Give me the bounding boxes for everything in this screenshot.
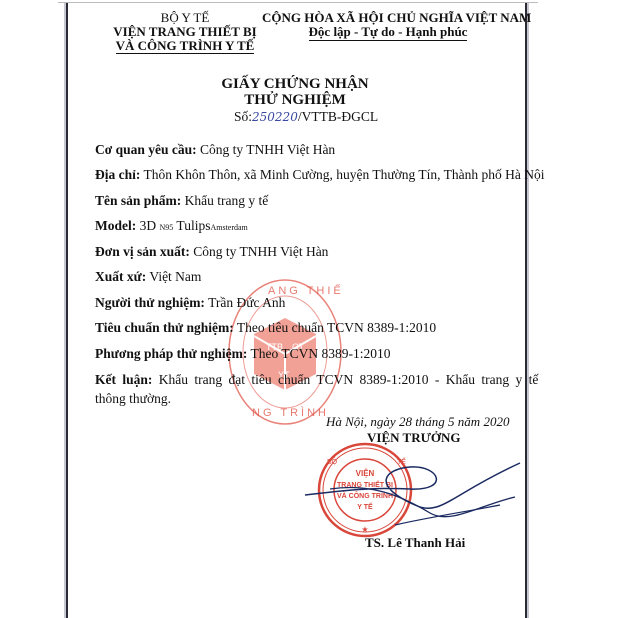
field-conclusion: Kết luận: Khẩu trang đạt tiêu chuẩn TCVN…: [95, 372, 538, 388]
field-value: Theo tiêu chuẩn TCVN 8389-1:2010: [237, 320, 436, 335]
field-test-method: Phương pháp thử nghiệm: Theo TCVN 8389-1…: [95, 346, 390, 362]
place-date: Hà Nội, ngày 28 tháng 5 năm 2020: [326, 414, 509, 430]
model-mid: Tulips: [176, 218, 210, 233]
field-value: Thôn Khôn Thôn, xã Minh Cường, huyện Thư…: [144, 167, 545, 182]
page-frame-top: [58, 2, 538, 3]
field-label: Xuất xứ:: [95, 269, 146, 284]
header-left: BỘ Y TẾ VIỆN TRANG THIẾT BỊ VÀ CÔNG TRÌN…: [110, 11, 260, 53]
field-conclusion-line-2: thông thường.: [95, 391, 171, 407]
field-tester: Người thử nghiệm: Trần Đức Anh: [95, 295, 285, 311]
title-line-1: GIẤY CHỨNG NHẬN: [200, 76, 390, 92]
document-number: Số:250220/VTTB-ĐGCL: [234, 109, 378, 125]
field-test-standard: Tiêu chuẩn thử nghiệm: Theo tiêu chuẩn T…: [95, 320, 436, 336]
number-prefix: Số:: [234, 109, 252, 124]
field-value: Khẩu trang đạt tiêu chuẩn TCVN 8389-1:20…: [159, 372, 539, 387]
field-value: Công ty TNHH Việt Hàn: [193, 244, 328, 259]
page-frame-left: [66, 3, 68, 618]
title-line-2: THỬ NGHIỆM: [200, 92, 390, 108]
model-sub-1: N95: [160, 223, 174, 232]
field-label: Cơ quan yêu cầu:: [95, 142, 197, 157]
svg-text:NG TRÌNH: NG TRÌNH: [252, 406, 329, 419]
country-name: CỘNG HÒA XÃ HỘI CHỦ NGHĨA VIỆT NAM: [262, 11, 514, 25]
motto: Độc lập - Tự do - Hạnh phúc: [309, 24, 468, 41]
page-frame-right: [525, 3, 527, 618]
field-label: Model:: [95, 218, 136, 233]
motto-wrap: Độc lập - Tự do - Hạnh phúc: [262, 25, 514, 39]
institute-line-2: VÀ CÔNG TRÌNH Y TẾ: [116, 38, 255, 54]
institute-line-2-wrap: VÀ CÔNG TRÌNH Y TẾ: [110, 39, 260, 53]
model-main: 3D: [140, 218, 157, 233]
field-origin: Xuất xứ: Việt Nam: [95, 269, 201, 285]
field-value: Khẩu trang y tế: [185, 193, 269, 208]
number-handwritten: 250220: [252, 110, 298, 124]
field-label: Tên sản phẩm:: [95, 193, 181, 208]
field-requester: Cơ quan yêu cầu: Công ty TNHH Việt Hàn: [95, 142, 335, 158]
field-value: Theo TCVN 8389-1:2010: [250, 346, 390, 361]
model-sub-2: Amsterdam: [210, 223, 247, 232]
signer-name: TS. Lê Thanh Hải: [365, 535, 465, 551]
field-label: Người thử nghiệm:: [95, 295, 205, 310]
field-label: Tiêu chuẩn thử nghiệm:: [95, 320, 234, 335]
field-label: Kết luận:: [95, 372, 152, 387]
field-product-name: Tên sản phẩm: Khẩu trang y tế: [95, 193, 268, 209]
header-right: CỘNG HÒA XÃ HỘI CHỦ NGHĨA VIỆT NAM Độc l…: [262, 11, 514, 39]
number-suffix: /VTTB-ĐGCL: [298, 109, 378, 124]
handwritten-signature: [300, 455, 525, 530]
ministry-name: BỘ Y TẾ: [110, 11, 260, 25]
field-value: Công ty TNHH Việt Hàn: [200, 142, 335, 157]
field-address: Địa chỉ: Thôn Khôn Thôn, xã Minh Cường, …: [95, 167, 545, 183]
field-value: Trần Đức Anh: [208, 295, 285, 310]
institute-line-1: VIỆN TRANG THIẾT BỊ: [110, 25, 260, 39]
document-title: GIẤY CHỨNG NHẬN THỬ NGHIỆM: [200, 76, 390, 108]
field-model: Model: 3D N95 TulipsAmsterdam: [95, 218, 248, 236]
field-manufacturer: Đơn vị sản xuất: Công ty TNHH Việt Hàn: [95, 244, 328, 260]
field-label: Đơn vị sản xuất:: [95, 244, 190, 259]
field-value: Việt Nam: [149, 269, 201, 284]
field-label: Phương pháp thử nghiệm:: [95, 346, 247, 361]
field-label: Địa chỉ:: [95, 167, 140, 182]
